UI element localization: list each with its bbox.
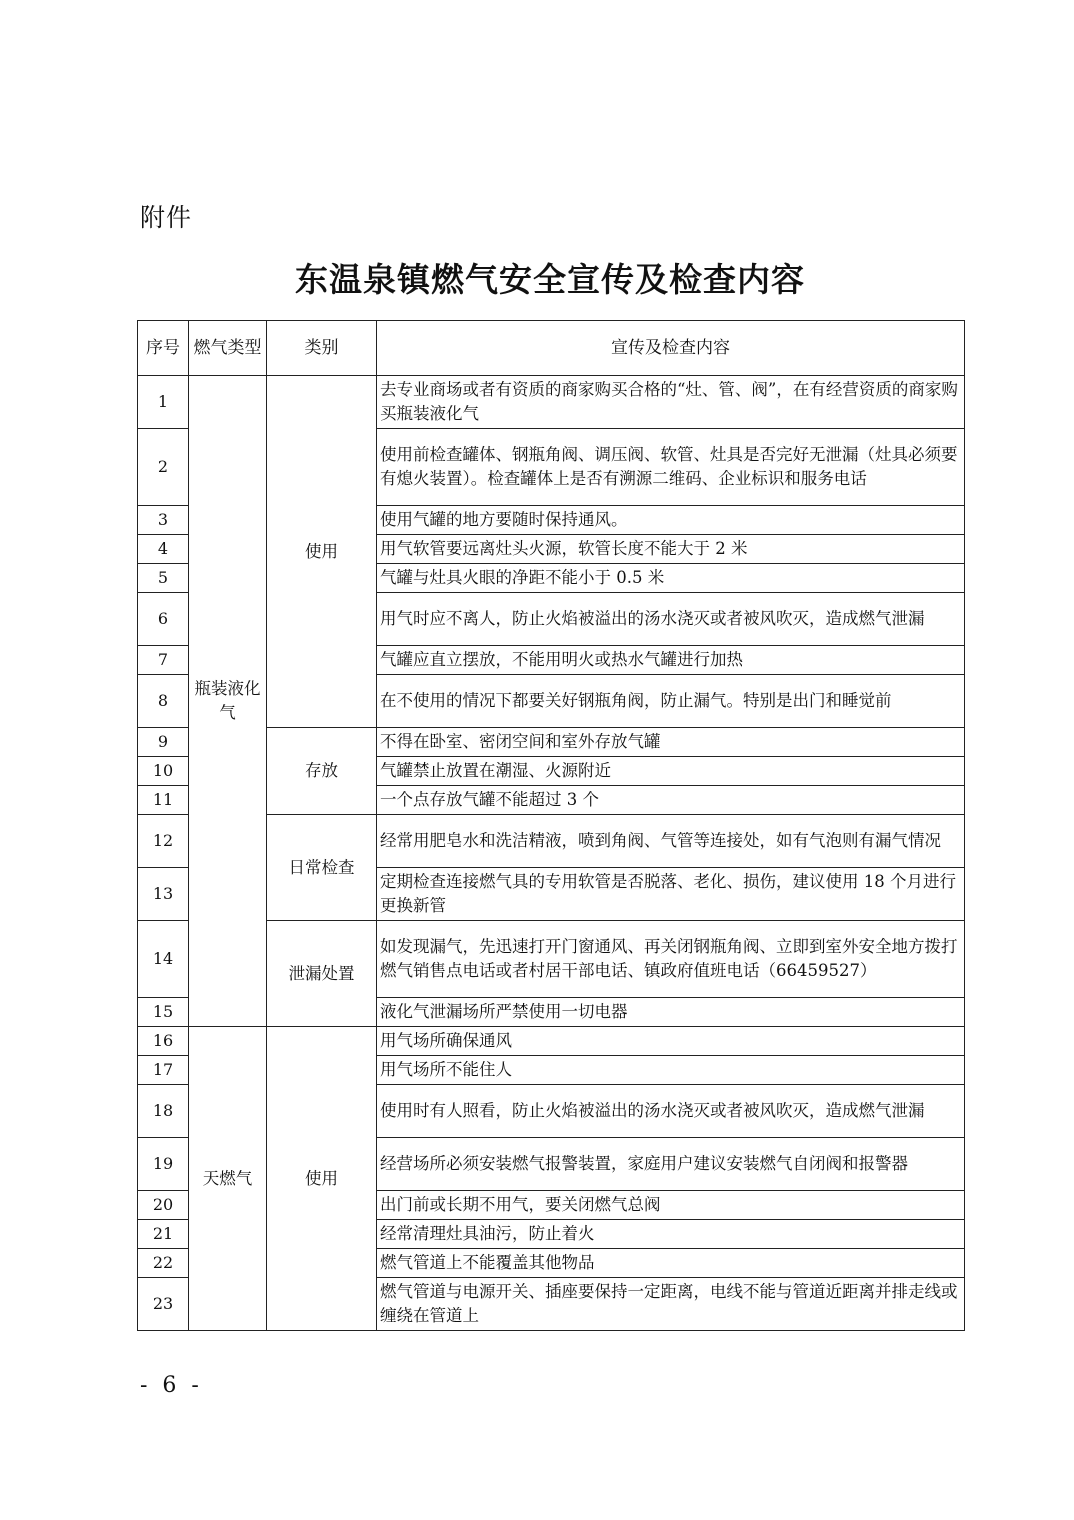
document-title: 东温泉镇燃气安全宣传及检查内容 [0,254,1074,301]
content-cell: 用气场所不能住人 [377,1056,965,1085]
safety-content-table: 序号 燃气类型 类别 宣传及检查内容 1 瓶装液化气 使用 去专业商场或者有资质… [137,320,965,1331]
row-number: 7 [138,646,189,675]
row-number: 11 [138,786,189,815]
row-number: 10 [138,757,189,786]
content-cell: 燃气管道上不能覆盖其他物品 [377,1249,965,1278]
header-category: 类别 [267,321,377,376]
row-number: 8 [138,675,189,728]
category-cell: 日常检查 [267,815,377,921]
content-cell: 使用气罐的地方要随时保持通风。 [377,506,965,535]
header-content: 宣传及检查内容 [377,321,965,376]
content-cell: 经常用肥皂水和洗洁精液，喷到角阀、气管等连接处，如有气泡则有漏气情况 [377,815,965,868]
content-cell: 使用前检查罐体、钢瓶角阀、调压阀、软管、灶具是否完好无泄漏（灶具必须要有熄火装置… [377,429,965,506]
table-row: 1 瓶装液化气 使用 去专业商场或者有资质的商家购买合格的“灶、管、阀”，在有经… [138,376,965,429]
category-cell: 使用 [267,1027,377,1331]
content-cell: 使用时有人照看，防止火焰被溢出的汤水浇灭或者被风吹灭，造成燃气泄漏 [377,1085,965,1138]
category-cell: 使用 [267,376,377,728]
attachment-label: 附件 [140,198,192,234]
content-cell: 在不使用的情况下都要关好钢瓶角阀，防止漏气。特别是出门和睡觉前 [377,675,965,728]
row-number: 12 [138,815,189,868]
content-cell: 气罐与灶具火眼的净距不能小于 0.5 米 [377,564,965,593]
row-number: 20 [138,1191,189,1220]
row-number: 19 [138,1138,189,1191]
content-cell: 经营场所必须安装燃气报警装置，家庭用户建议安装燃气自闭阀和报警器 [377,1138,965,1191]
content-cell: 定期检查连接燃气具的专用软管是否脱落、老化、损伤，建议使用 18 个月进行更换新… [377,868,965,921]
content-cell: 如发现漏气，先迅速打开门窗通风、再关闭钢瓶角阀、立即到室外安全地方拨打燃气销售点… [377,921,965,998]
header-no: 序号 [138,321,189,376]
row-number: 6 [138,593,189,646]
row-number: 15 [138,998,189,1027]
content-cell: 气罐应直立摆放，不能用明火或热水气罐进行加热 [377,646,965,675]
category-cell: 存放 [267,728,377,815]
row-number: 3 [138,506,189,535]
row-number: 22 [138,1249,189,1278]
row-number: 14 [138,921,189,998]
content-cell: 用气场所确保通风 [377,1027,965,1056]
row-number: 17 [138,1056,189,1085]
row-number: 16 [138,1027,189,1056]
content-cell: 气罐禁止放置在潮湿、火源附近 [377,757,965,786]
content-cell: 经常清理灶具油污，防止着火 [377,1220,965,1249]
gas-type-cell: 天燃气 [189,1027,267,1331]
gas-type-cell: 瓶装液化气 [189,376,267,1027]
content-cell: 燃气管道与电源开关、插座要保持一定距离，电线不能与管道近距离并排走线或缠绕在管道… [377,1278,965,1331]
header-gas-type: 燃气类型 [189,321,267,376]
table-row: 16 天燃气 使用 用气场所确保通风 [138,1027,965,1056]
page-number: - 6 - [140,1373,203,1398]
row-number: 1 [138,376,189,429]
table-header-row: 序号 燃气类型 类别 宣传及检查内容 [138,321,965,376]
content-cell: 用气时应不离人，防止火焰被溢出的汤水浇灭或者被风吹灭，造成燃气泄漏 [377,593,965,646]
row-number: 2 [138,429,189,506]
category-cell: 泄漏处置 [267,921,377,1027]
content-cell: 用气软管要远离灶头火源，软管长度不能大于 2 米 [377,535,965,564]
content-cell: 去专业商场或者有资质的商家购买合格的“灶、管、阀”，在有经营资质的商家购买瓶装液… [377,376,965,429]
content-cell: 液化气泄漏场所严禁使用一切电器 [377,998,965,1027]
content-cell: 一个点存放气罐不能超过 3 个 [377,786,965,815]
content-cell: 出门前或长期不用气，要关闭燃气总阀 [377,1191,965,1220]
row-number: 18 [138,1085,189,1138]
row-number: 4 [138,535,189,564]
row-number: 13 [138,868,189,921]
row-number: 23 [138,1278,189,1331]
content-cell: 不得在卧室、密闭空间和室外存放气罐 [377,728,965,757]
row-number: 9 [138,728,189,757]
row-number: 21 [138,1220,189,1249]
row-number: 5 [138,564,189,593]
